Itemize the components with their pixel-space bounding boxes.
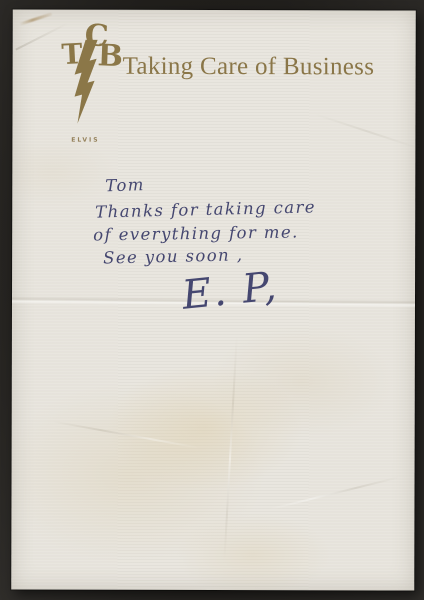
signature: E. P,: [180, 263, 280, 319]
logo-letter-t: T: [61, 40, 83, 69]
tcb-logo: C T B ELVIS: [13, 9, 416, 10]
photo-backdrop: C T B ELVIS Taking Care of Business Tom …: [0, 0, 424, 600]
note-line: of everything for me.: [93, 222, 299, 244]
wrinkle-crease: [268, 476, 400, 510]
corner-crease: [15, 23, 68, 51]
letterhead-title: Taking Care of Business: [123, 53, 375, 82]
letterhead-paper: C T B ELVIS Taking Care of Business Tom …: [11, 9, 416, 590]
logo-caption: ELVIS: [68, 137, 102, 144]
note-line: Thanks for taking care: [95, 197, 316, 221]
note-line: Tom: [105, 175, 145, 195]
wrinkle-crease: [315, 113, 420, 149]
handwritten-note: Tom Thanks for taking care of everything…: [13, 9, 416, 10]
logo-letter-b: B: [97, 41, 123, 72]
note-line: See you soon ,: [103, 245, 244, 267]
wrinkle-crease: [53, 421, 201, 449]
stain-mark: [19, 12, 52, 25]
wrinkle-crease: [223, 335, 237, 560]
